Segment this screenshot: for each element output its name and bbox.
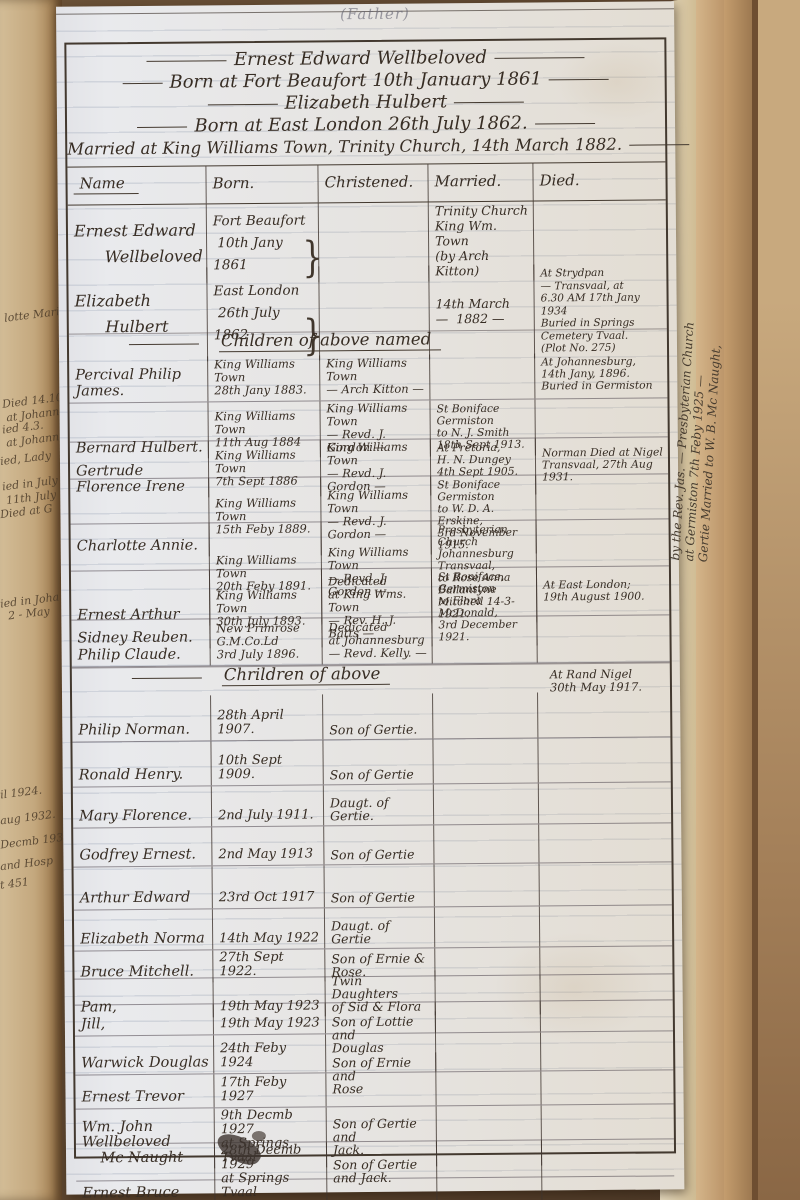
married-cell — [434, 784, 539, 825]
page-heading: Ernest Edward Wellbeloved Born at Fort B… — [66, 39, 665, 167]
ink-blot — [252, 1131, 266, 1141]
christened-cell: Son of Gertie and Jack. — [327, 1141, 438, 1200]
married-cell — [435, 864, 540, 907]
table-row-child: Gertrude Florence Irene King Williams To… — [70, 437, 668, 479]
married-cell — [436, 1033, 541, 1072]
born-cell: 24th Feby 1924 — [214, 1034, 326, 1073]
name-cell: Elizabeth Norma — [74, 909, 213, 950]
handwriting-fragment: and Hosp — [0, 854, 54, 873]
table-row-child: Percival Philip James. King Williams Tow… — [69, 352, 667, 403]
column-header-died: Died. — [533, 162, 665, 200]
name-cell: Mary Florence. — [73, 786, 212, 827]
christened-cell: Son of Gertie. — [323, 693, 433, 739]
born-cell: 19th May 1923 — [214, 1003, 326, 1034]
died-cell — [538, 737, 670, 782]
died-cell — [541, 1031, 673, 1070]
died-cell — [541, 1070, 673, 1104]
table-row-grandchild: Ernest Trevor 17th Feby 1927 Son of Erni… — [75, 1070, 673, 1109]
died-cell — [540, 905, 672, 946]
flourish-line — [137, 127, 187, 128]
christened-cell: Son of Ernie and Rose — [326, 1052, 436, 1106]
name-cell: Ronald Henry. — [72, 741, 211, 786]
name-cell: Ernest Bruce — [76, 1143, 216, 1200]
flourish-line — [494, 57, 584, 59]
page-edge — [724, 0, 754, 1200]
facing-page-strip: lotte Maria Died 14.10. at Johannesb ied… — [0, 0, 62, 1200]
table-row-grandchild: Elizabeth Norma 14th May 1922 Daugt. of … — [74, 905, 672, 951]
flourish-line — [549, 79, 609, 81]
heading-line: Married at King Williams Town, Trinity C… — [67, 133, 665, 160]
column-header-born: Born. — [206, 165, 318, 203]
handwriting-fragment: ied, Lady — [0, 449, 52, 468]
born-cell: 10th Sept 1909. — [211, 740, 323, 785]
table-row-grandchild: Ernest Bruce 28th Decmb 1929 at Springs … — [76, 1139, 674, 1181]
table-row-child: Charlotte Annie. King Williams Town 15th… — [70, 474, 668, 524]
table-row-child: Bernard Hulbert. King Williams Town 11th… — [69, 398, 667, 442]
table-row-grandchild: Godfrey Ernest. 2nd May 1913 Son of Gert… — [73, 823, 671, 867]
column-header-name: Name — [67, 166, 206, 204]
died-cell — [540, 862, 672, 905]
page-edge — [696, 0, 726, 1200]
heading-text: Born at Fort Beaufort 10th January 1861 — [169, 68, 542, 92]
born-cell: King Williams Town 28th Jany 1883. — [208, 355, 320, 401]
born-cell: 17th Feby 1927 — [214, 1073, 326, 1107]
christened-cell: Daugt. of Gertie. — [324, 784, 434, 825]
name-cell: Arthur Edward — [74, 866, 213, 909]
handwriting-fragment: aug 1932. — [0, 808, 56, 828]
married-cell — [433, 739, 538, 784]
pencil-annotation: (Father) — [340, 5, 410, 24]
married-cell — [434, 825, 539, 864]
born-cell: 23rd Oct 1917 — [213, 865, 325, 908]
christened-cell: Son of Gertie — [325, 864, 435, 907]
married-cell — [430, 354, 535, 400]
died-cell: At Johannesburg, 14th Jany, 1896. Buried… — [535, 352, 667, 398]
born-cell: New Primrose G.M.Co.Ld 3rd July 1896. — [210, 618, 322, 665]
column-label: Name — [73, 175, 138, 195]
christened-cell: Son of Gertie — [323, 739, 433, 784]
table-row-parent: Elizabeth Hulbert East London 26th July … — [68, 263, 667, 333]
christened-cell: Dedicated at Johannesburg — Revd. Kelly.… — [322, 617, 432, 664]
photo-of-register: lotte Maria Died 14.10. at Johannesb ied… — [0, 0, 800, 1200]
heading-text: Elizabeth Hulbert — [284, 91, 447, 113]
heading-text: Married at King Williams Town, Trinity C… — [67, 135, 622, 159]
column-label: Christened. — [324, 173, 424, 191]
married-cell — [436, 1002, 541, 1033]
flourish-line — [535, 123, 595, 125]
name-cell: Percival Philip James. — [69, 356, 208, 402]
name-cell: Warwick Douglas — [75, 1035, 214, 1074]
column-label: Born. — [212, 174, 314, 192]
christened-cell: King Williams Town — Arch Kitton — — [320, 354, 430, 400]
table-row-grandchild: Mary Florence. 2nd July 1911. Daugt. of … — [73, 782, 671, 828]
column-header-row: Name Born. Christened. Married. Died. — [67, 162, 665, 205]
died-cell — [541, 1000, 673, 1031]
died-note: At Rand Nigel 30th May 1917. — [550, 668, 642, 695]
name-cell: Philip Claude. — [71, 619, 210, 666]
christened-cell: Son of Gertie — [324, 825, 434, 864]
column-label: Married. — [434, 173, 529, 191]
married-cell — [436, 1072, 541, 1106]
column-header-married: Married. — [428, 164, 533, 202]
flourish-line — [129, 343, 199, 345]
flourish-line — [454, 102, 524, 104]
name-cell: Jill, — [75, 1004, 214, 1035]
married-cell — [432, 617, 537, 664]
table-row-grandchild: Arthur Edward 23rd Oct 1917 Son of Gerti… — [74, 862, 672, 910]
table-row-grandchild: Wm. John Wellbeloved Mc Naught 9th Decmb… — [76, 1104, 674, 1144]
flourish-line — [208, 104, 278, 106]
married-cell — [435, 907, 540, 948]
column-header-christened: Christened. — [318, 164, 428, 202]
died-cell — [542, 1139, 675, 1200]
flourish-line — [122, 83, 162, 84]
name-cell: Philip Norman. — [72, 695, 211, 741]
column-label: Died. — [539, 171, 662, 189]
page-edge — [758, 0, 800, 1200]
born-cell: 2nd July 1911. — [212, 785, 324, 826]
register-page: (Father) Ernest Edward Wellbeloved Born … — [56, 1, 684, 1194]
table-row-grandchild: Philip Norman. 28th April 1907. Son of G… — [72, 691, 670, 742]
died-cell — [538, 691, 670, 737]
heading-text: Ernest Edward Wellbeloved — [234, 47, 487, 70]
died-cell: At East London; 19th August 1900. — [537, 575, 670, 662]
christened-cell: Daugt. of Gertie — [325, 907, 435, 948]
table-row-parent: Ernest Edward Wellbeloved Fort Beaufort … — [68, 200, 667, 268]
handwriting-fragment: lotte Maria — [3, 304, 66, 324]
heading-text: Born at East London 26th July 1862. — [194, 113, 527, 137]
married-cell — [433, 693, 538, 739]
born-cell: 14th May 1922 — [213, 908, 325, 949]
married-cell — [437, 1140, 543, 1200]
handwriting-fragment: il 1924. — [0, 783, 43, 801]
table-row-child: Ernest Arthur King Williams Town 20th Fe… — [71, 519, 669, 571]
ruled-frame: Ernest Edward Wellbeloved Born at Fort B… — [64, 37, 676, 1158]
flourish-line — [132, 677, 202, 679]
name-cell: Ernest Trevor — [75, 1074, 214, 1108]
section-title: Children of above named — [219, 329, 441, 352]
died-cell — [539, 782, 671, 823]
born-cell: 2nd May 1913 — [212, 826, 324, 865]
table-row-child: Philip Claude. New Primrose G.M.Co.Ld 3r… — [71, 615, 669, 667]
table-row-grandchild: Ronald Henry. 10th Sept 1909. Son of Ger… — [72, 737, 670, 787]
flourish-line — [147, 60, 227, 62]
died-cell — [539, 823, 671, 862]
name-cell: Godfrey Ernest. — [73, 827, 212, 866]
section-title: Chrildren of above — [222, 664, 391, 686]
handwriting-fragment: t 451 — [0, 875, 30, 891]
born-cell: 28th April 1907. — [211, 694, 323, 740]
